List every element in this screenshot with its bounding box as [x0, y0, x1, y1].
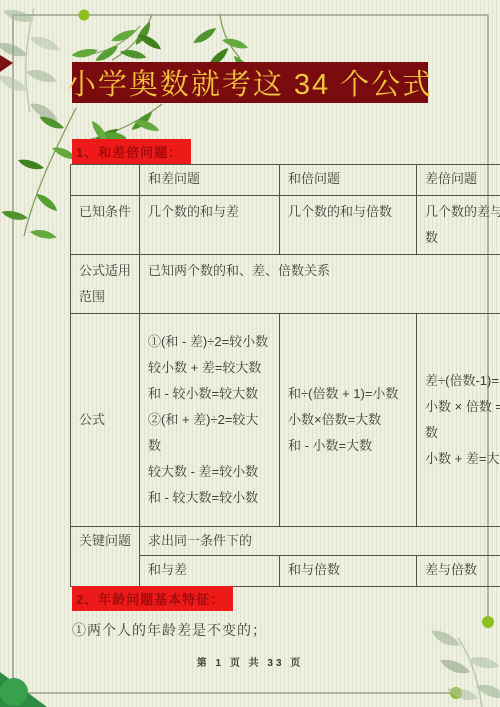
table-row-formula-scope: 公式适用范围 已知两个数的和、差、倍数关系: [71, 255, 500, 314]
known-conditions-cell: 几个数的和与差: [140, 196, 280, 255]
page-number: 第 1 页 共 33 页: [0, 654, 500, 669]
page-title: 小学奥数就考这 34 个公式: [72, 62, 428, 103]
table-row-key-question: 关键问题 求出同一条件下的: [71, 527, 500, 556]
formula-cell-difference-multiple: 差÷(倍数-1)=小数 小数 × 倍数 = 大数 小数 + 差=大数: [417, 314, 500, 527]
document-page: 小学奥数就考这 34 个公式 1、和差倍问题： 和差问题 和倍问题 差倍问题 已…: [0, 0, 500, 707]
known-conditions-cell: 几个数的和与倍数: [280, 196, 417, 255]
col-header-difference-multiple: 差倍问题: [417, 165, 500, 196]
key-question-cell: 求出同一条件下的: [140, 527, 500, 556]
formula-cell-sum-difference: ①(和 - 差)÷2=较小数 较小数 + 差=较大数 和 - 较小数=较大数 ②…: [140, 314, 280, 527]
page-content: 小学奥数就考这 34 个公式 1、和差倍问题： 和差问题 和倍问题 差倍问题 已…: [0, 0, 500, 707]
known-conditions-cell: 几个数的差与倍数: [417, 196, 500, 255]
sum-difference-multiple-table: 和差问题 和倍问题 差倍问题 已知条件 几个数的和与差 几个数的和与倍数 几个数…: [70, 164, 500, 587]
key-answer-cell: 差与倍数: [417, 556, 500, 587]
formula-cell-sum-multiple: 和÷(倍数 + 1)=小数 小数×倍数=大数 和 - 小数=大数: [280, 314, 417, 527]
row-label-formula-scope: 公式适用范围: [71, 255, 140, 314]
formula-scope-cell: 已知两个数的和、差、倍数关系: [140, 255, 500, 314]
row-label-known-conditions: 已知条件: [71, 196, 140, 255]
col-header-sum-multiple: 和倍问题: [280, 165, 417, 196]
col-header-sum-difference: 和差问题: [140, 165, 280, 196]
key-answer-cell: 和与倍数: [280, 556, 417, 587]
row-label-key-question: 关键问题: [71, 527, 140, 587]
key-answer-cell: 和与差: [140, 556, 280, 587]
corner-cell: [71, 165, 140, 196]
table-row-formulas: 公式 ①(和 - 差)÷2=较小数 较小数 + 差=较大数 和 - 较小数=较大…: [71, 314, 500, 527]
section2-heading: 2、年龄问题基本特征：: [72, 586, 233, 611]
age-feature-text: ①两个人的年龄差是不变的；: [72, 620, 267, 640]
section1-heading: 1、和差倍问题：: [72, 139, 191, 164]
table-header-row: 和差问题 和倍问题 差倍问题: [71, 165, 500, 196]
table-row-known-conditions: 已知条件 几个数的和与差 几个数的和与倍数 几个数的差与倍数: [71, 196, 500, 255]
row-label-formulas: 公式: [71, 314, 140, 527]
